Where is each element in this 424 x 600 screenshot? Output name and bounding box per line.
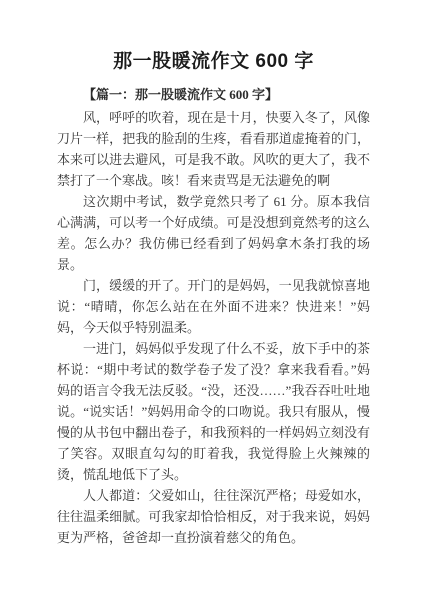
essay-body: 风，呼呼的吹着，现在是十月，快要入冬了，风像刀片一样，把我的脸刮的生疼，看看那道… bbox=[57, 107, 370, 548]
essay-paragraph: 一进门，妈妈似乎发现了什么不妥，放下手中的茶杯说：“期中考试的数学卷子发了没？拿… bbox=[57, 338, 370, 485]
essay-paragraph: 人人都道：父爱如山，往往深沉严格；母爱如水，往往温柔细腻。可我家却恰恰相反，对于… bbox=[57, 485, 370, 548]
essay-title: 那一股暖流作文 600 字 bbox=[57, 50, 370, 74]
essay-paragraph: 这次期中考试，数学竟然只考了 61 分。原本我信心满满，可以考一个好成绩。可是没… bbox=[57, 191, 370, 275]
essay-subtitle: 【篇一：那一股暖流作文 600 字】 bbox=[57, 84, 370, 105]
document-page: 那一股暖流作文 600 字 【篇一：那一股暖流作文 600 字】 风，呼呼的吹着… bbox=[0, 0, 424, 600]
essay-paragraph: 风，呼呼的吹着，现在是十月，快要入冬了，风像刀片一样，把我的脸刮的生疼，看看那道… bbox=[57, 107, 370, 191]
essay-paragraph: 门，缓缓的开了。开门的是妈妈，一见我就惊喜地说：“晴晴，你怎么站在在外面不进来？… bbox=[57, 275, 370, 338]
